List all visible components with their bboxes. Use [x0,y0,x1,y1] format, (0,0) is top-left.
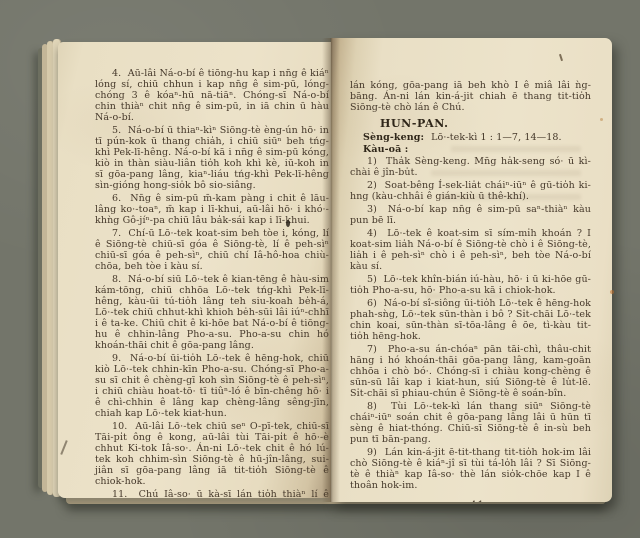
scripture-label: Sèng-keng: [363,132,424,143]
paragraph: 11. Chú Iâ-so· ū kà-sī lán tio̍h thiàⁿ l… [95,489,329,498]
paragraph: 7. Chí-ū Lō·-tek koat-sim beh tòe i, kón… [95,228,329,272]
paragraph: 4. Aū-lâi Ná-o-bí ê tiōng-hu kap i nn̄g … [95,68,329,123]
scripture-reference: Lō·-tek-kì 1 : 1—7, 14—18. [431,132,562,143]
open-book: 4. Aū-lâi Ná-o-bí ê tiōng-hu kap i nn̄g … [36,36,616,504]
list-item: 3) Ná-o-bí kap nn̄g ê sim-pū saⁿ-thiàⁿ k… [350,204,591,226]
section-heading: HUN-PAN. [380,118,591,129]
paragraph: 10. Aū-lâi Lō·-tek chiū seⁿ O-pī-tek, ch… [95,421,329,487]
page-number: 41 [350,500,591,502]
scripture-line: Sèng-keng:Lō·-tek-kì 1 : 1—7, 14—18. [350,132,591,143]
list-item: 2) Soat-bêng Í-sek-lia̍t cháiⁿ-iūⁿ ê gū-… [350,180,591,202]
teacher-label-line: Kàu-oā : [350,144,591,155]
paragraph: 6. Nn̄g ê sim-pū m̄-kam pàng i chit ê lā… [95,193,329,226]
list-item: 7) Pho-a-su án-chóaⁿ pān tāi-chì, thâu-c… [350,344,591,399]
teacher-label: Kàu-oā : [363,144,408,155]
paragraph: 5. Ná-o-bí ū thiaⁿ-kìⁿ Siōng-tè èng-ún h… [95,125,329,191]
left-page: 4. Aū-lâi Ná-o-bí ê tiōng-hu kap i nn̄g … [58,42,331,498]
paragraph: 8. Ná-o-bí siū Lō·-tek ê kian-tēng ê hàu… [95,274,329,351]
paragraph: lán kóng, gōa-pang iā beh khò I ê miâ lâ… [350,80,591,113]
paragraph: 9. Ná-o-bí ūi-tio̍h Lō·-tek ê hēng-hok, … [95,353,329,419]
list-item: 6) Ná-o-bí sî-siông ūi-tio̍h Lō·-tek ê h… [350,298,591,342]
photo-background: 4. Aū-lâi Ná-o-bí ê tiōng-hu kap i nn̄g … [0,0,640,538]
list-item: 4) Lō·-tek ê koat-sim sī sím-mi̍h khoán … [350,228,591,272]
list-item: 1) Tha̍k Sèng-keng. Mn̄g ha̍k-seng só· ū… [350,156,591,178]
list-item: 9) Lán kin-á-jit ē-tit-thang tit-tio̍h h… [350,447,591,491]
list-item: 5) Lō·-tek khîn-bián iú-hàu, hō· i ū ki-… [350,274,591,296]
left-page-text: 4. Aū-lâi Ná-o-bí ê tiōng-hu kap i nn̄g … [95,68,329,498]
right-page: lán kóng, gōa-pang iā beh khò I ê miâ lâ… [331,38,612,502]
list-item: 8) Tùi Lō·-tek-kì lán thang siūⁿ Siōng-t… [350,401,591,445]
right-page-text: lán kóng, gōa-pang iā beh khò I ê miâ lâ… [350,80,591,502]
